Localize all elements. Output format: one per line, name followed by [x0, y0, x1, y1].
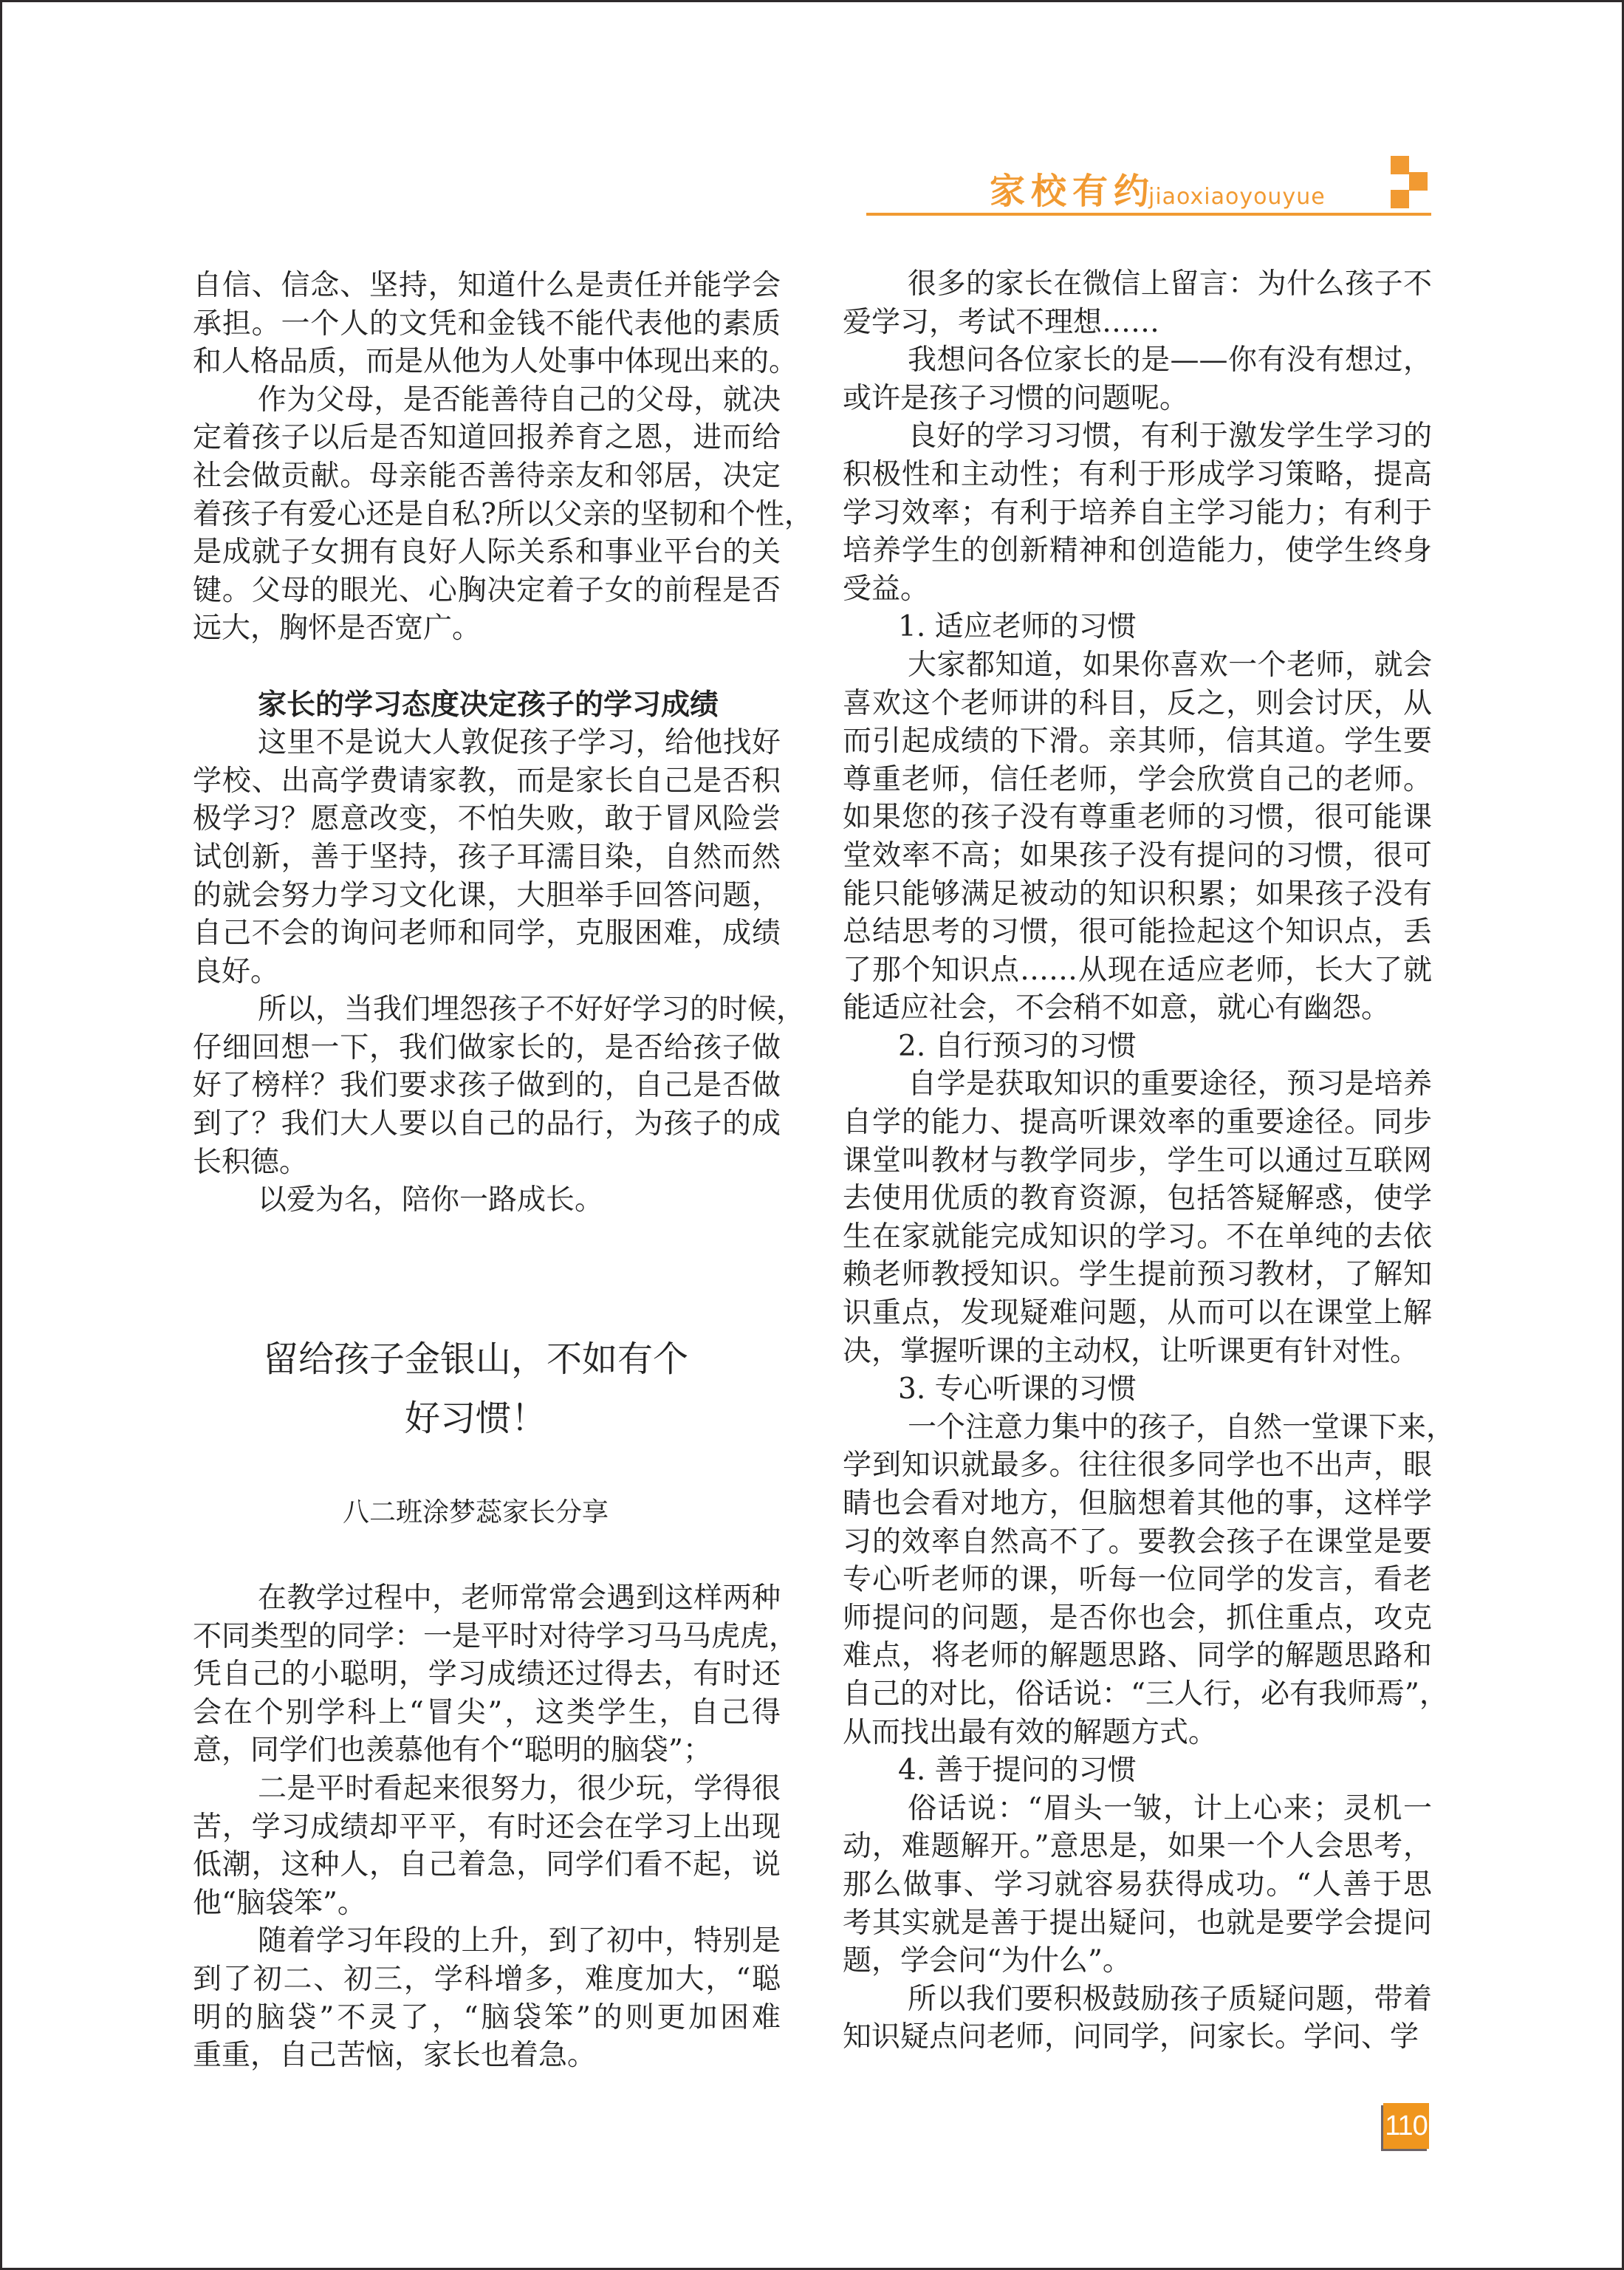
- article-body-left: 在教学过程中，老师常常会遇到这样两种不同类型的同学：一是平时对待学习马马虎虎，凭…: [193, 1579, 781, 2075]
- text-line: 是成就子女拥有良好人际关系和事业平台的关: [193, 533, 781, 572]
- text-line: 大家都知道，如果你喜欢一个老师，就会: [843, 646, 1432, 685]
- text-line: 喜欢这个老师讲的科目，反之，则会讨厌，从: [843, 685, 1432, 723]
- text-line: 2. 自行预习的习惯: [843, 1028, 1432, 1066]
- paragraph: 大家都知道，如果你喜欢一个老师，就会喜欢这个老师讲的科目，反之，则会讨厌，从而引…: [843, 646, 1432, 1028]
- text-line: 以爱为名，陪你一路成长。: [193, 1181, 781, 1220]
- text-line: 决，掌握听课的主动权，让听课更有针对性。: [843, 1333, 1432, 1371]
- text-line: 所以我们要积极鼓励孩子质疑问题，带着: [843, 1980, 1432, 2019]
- text-line: 能只能够满足被动的知识积累；如果孩子没有: [843, 875, 1432, 914]
- text-line: 社会做贡献。母亲能否善待亲友和邻居，决定: [193, 457, 781, 496]
- text-line: 学到知识就最多。往往很多同学也不出声，眼: [843, 1446, 1432, 1485]
- paragraph: 二是平时看起来很努力，很少玩，学得很苦，学习成绩却平平，有时还会在学习上出现低潮…: [193, 1770, 781, 1922]
- text-line: 的就会努力学习文化课，大胆举手回答问题，: [193, 877, 781, 915]
- text-line: 自学是获取知识的重要途径，预习是培养: [843, 1065, 1432, 1104]
- text-line: 生在家就能完成知识的学习。不在单纯的去依: [843, 1218, 1432, 1257]
- text-line: 赖老师教授知识。学生提前预习教材，了解知: [843, 1256, 1432, 1294]
- text-line: 自信、信念、坚持，知道什么是责任并能学会: [193, 267, 781, 305]
- text-line: 重重，自己苦恼，家长也着急。: [193, 2037, 781, 2075]
- text-line: 了那个知识点……从现在适应老师，长大了就: [843, 951, 1432, 990]
- text-line: 尊重老师，信任老师，学会欣赏自己的老师。: [843, 761, 1432, 799]
- paragraph: 一个注意力集中的孩子，自然一堂课下来，学到知识就最多。往往很多同学也不出声，眼睛…: [843, 1409, 1432, 1751]
- text-line: 在教学过程中，老师常常会遇到这样两种: [193, 1579, 781, 1618]
- text-line: 好了榜样？我们要求孩子做到的，自己是否做: [193, 1067, 781, 1105]
- paragraph: 自学是获取知识的重要途径，预习是培养自学的能力、提高听课效率的重要途径。同步课堂…: [843, 1065, 1432, 1370]
- paragraph: 这里不是说大人敦促孩子学习，给他找好学校、出高学费请家教，而是家长自己是否积极学…: [193, 724, 781, 991]
- text-line: 总结思考的习惯，很可能捡起这个知识点，丢: [843, 913, 1432, 951]
- text-line: 和人格品质，而是从他为人处事中体现出来的。: [193, 343, 781, 381]
- text-line: 学校、出高学费请家教，而是家长自己是否积: [193, 762, 781, 801]
- text-line: 他“脑袋笨”。: [193, 1884, 781, 1923]
- text-line: 能适应社会，不会稍不如意，就心有幽怨。: [843, 989, 1432, 1028]
- text-line: 而引起成绩的下滑。亲其师，信其道。学生要: [843, 722, 1432, 761]
- text-line: 那么做事、学习就容易获得成功。“人善于思: [843, 1866, 1432, 1904]
- paragraph: 良好的学习习惯，有利于激发学生学习的积极性和主动性；有利于形成学习策略，提高学习…: [843, 417, 1432, 608]
- text-line: 4. 善于提问的习惯: [843, 1751, 1432, 1790]
- text-line: 学习效率；有利于培养自主学习能力；有利于: [843, 494, 1432, 533]
- magazine-page: 家校有约 jiaoxiaoyouyue 自信、信念、坚持，知道什么是责任并能学会…: [0, 0, 1624, 2270]
- text-line: 所以，当我们埋怨孩子不好好学习的时候，: [193, 991, 781, 1029]
- article-byline: 八二班涂梦蕊家长分享: [193, 1494, 781, 1531]
- text-line: 远大，胸怀是否宽广。: [193, 609, 781, 648]
- paragraph: 作为父母，是否能善待自己的父母，就决定着孩子以后是否知道回报养育之恩，进而给社会…: [193, 381, 781, 648]
- text-line: 低潮，这种人，自己着急，同学们看不起，说: [193, 1846, 781, 1884]
- text-line: 从而找出最有效的解题方式。: [843, 1714, 1432, 1752]
- text-line: 师提问的问题，是否你也会，抓住重点，攻克: [843, 1599, 1432, 1638]
- subheading: 家长的学习态度决定孩子的学习成绩: [193, 648, 781, 724]
- paragraph: 自信、信念、坚持，知道什么是责任并能学会承担。一个人的文凭和金钱不能代表他的素质…: [193, 267, 781, 381]
- text-line: 受益。: [843, 570, 1432, 609]
- text-line: 承担。一个人的文凭和金钱不能代表他的素质: [193, 305, 781, 343]
- text-line: 长积德。: [193, 1143, 781, 1182]
- text-line: 二是平时看起来很努力，很少玩，学得很: [193, 1770, 781, 1808]
- text-line: 这里不是说大人敦促孩子学习，给他找好: [193, 724, 781, 762]
- numbered-heading: 4. 善于提问的习惯: [843, 1751, 1432, 1790]
- text-line: 作为父母，是否能善待自己的父母，就决: [193, 381, 781, 420]
- text-line: 到了？我们大人要以自己的品行，为孩子的成: [193, 1105, 781, 1143]
- text-line: 积极性和主动性；有利于形成学习策略，提高: [843, 456, 1432, 494]
- numbered-heading: 3. 专心听课的习惯: [843, 1370, 1432, 1409]
- text-line: 极学习？愿意改变，不怕失败，敢于冒风险尝: [193, 800, 781, 838]
- square-top-icon: [1391, 156, 1409, 174]
- paragraph: 以爱为名，陪你一路成长。: [193, 1181, 781, 1220]
- paragraph: 俗话说：“眉头一皱，计上心来；灵机一动，难题解开。”意思是，如果一个人会思考，那…: [843, 1790, 1432, 1980]
- square-middle-icon: [1409, 172, 1428, 191]
- text-line: 良好的学习习惯，有利于激发学生学习的: [843, 417, 1432, 456]
- text-line: 动，难题解开。”意思是，如果一个人会思考，: [843, 1828, 1432, 1866]
- text-line: 随着学习年段的上升，到了初中，特别是: [193, 1922, 781, 1960]
- square-bottom-icon: [1391, 190, 1409, 208]
- text-line: 知识疑点问老师，问同学，问家长。学问、学: [843, 2018, 1432, 2057]
- text-line: 定着孩子以后是否知道回报养育之恩，进而给: [193, 419, 781, 457]
- text-line: 课堂叫教材与教学同步，学生可以通过互联网: [843, 1142, 1432, 1180]
- article-body-right: 很多的家长在微信上留言：为什么孩子不爱学习，考试不理想……我想问各位家长的是——…: [843, 265, 1432, 2057]
- page-number-badge: 110: [1383, 2103, 1429, 2149]
- section-title: 家校有约: [990, 169, 1155, 213]
- text-line: 去使用优质的教育资源，包括答疑解惑，使学: [843, 1180, 1432, 1218]
- text-line: 良好。: [193, 953, 781, 991]
- header-divider: [866, 213, 1431, 216]
- text-line: 我想问各位家长的是——你有没有想过，: [843, 341, 1432, 380]
- text-line: 或许是孩子习惯的问题呢。: [843, 380, 1432, 418]
- text-line: 一个注意力集中的孩子，自然一堂课下来，: [843, 1409, 1432, 1447]
- text-line: 睛也会看对地方，但脑想着其他的事，这样学: [843, 1485, 1432, 1523]
- text-line: 题，学会问“为什么”。: [843, 1942, 1432, 1980]
- text-line: 很多的家长在微信上留言：为什么孩子不: [843, 265, 1432, 304]
- text-line: 自己不会的询问老师和同学，克服困难，成绩: [193, 915, 781, 953]
- text-line: 苦，学习成绩却平平，有时还会在学习上出现: [193, 1808, 781, 1847]
- spacer: [193, 648, 781, 686]
- paragraph: 我想问各位家长的是——你有没有想过，或许是孩子习惯的问题呢。: [843, 341, 1432, 417]
- paragraph: 所以，当我们埋怨孩子不好好学习的时候，仔细回想一下，我们做家长的，是否给孩子做好…: [193, 991, 781, 1181]
- text-line: 如果您的孩子没有尊重老师的习惯，很可能课: [843, 799, 1432, 837]
- text-line: 仔细回想一下，我们做家长的，是否给孩子做: [193, 1029, 781, 1067]
- text-line: 自学的能力、提高听课效率的重要途径。同步: [843, 1104, 1432, 1142]
- text-line: 键。父母的眼光、心胸决定着子女的前程是否: [193, 572, 781, 610]
- article-title-line-2: 好习惯！: [193, 1389, 781, 1448]
- text-line: 凭自己的小聪明，学习成绩还过得去，有时还: [193, 1655, 781, 1694]
- text-line: 到了初二、初三，学科增多，难度加大，“聪: [193, 1960, 781, 1999]
- article-title: 留给孩子金银山，不如有个 好习惯！: [193, 1330, 781, 1448]
- left-column-continuation: 自信、信念、坚持，知道什么是责任并能学会承担。一个人的文凭和金钱不能代表他的素质…: [193, 267, 781, 1220]
- text-line: 意，同学们也羡慕他有个“聪明的脑袋”；: [193, 1731, 781, 1770]
- numbered-heading: 1. 适应老师的习惯: [843, 608, 1432, 646]
- text-line: 自己的对比，俗话说：“三人行，必有我师焉”，: [843, 1675, 1432, 1714]
- paragraph: 所以我们要积极鼓励孩子质疑问题，带着知识疑点问老师，问同学，问家长。学问、学: [843, 1980, 1432, 2057]
- paragraph: 很多的家长在微信上留言：为什么孩子不爱学习，考试不理想……: [843, 265, 1432, 341]
- paragraph: 随着学习年段的上升，到了初中，特别是到了初二、初三，学科增多，难度加大，“聪明的…: [193, 1922, 781, 2074]
- text-line: 不同类型的同学：一是平时对待学习马马虎虎，: [193, 1618, 781, 1656]
- text-line: 明的脑袋”不灵了，“脑袋笨”的则更加困难: [193, 1999, 781, 2037]
- text-line: 识重点，发现疑难问题，从而可以在课堂上解: [843, 1294, 1432, 1333]
- text-line: 爱学习，考试不理想……: [843, 304, 1432, 342]
- text-line: 俗话说：“眉头一皱，计上心来；灵机一: [843, 1790, 1432, 1828]
- text-line: 专心听老师的课，听每一位同学的发言，看老: [843, 1561, 1432, 1599]
- numbered-heading: 2. 自行预习的习惯: [843, 1028, 1432, 1066]
- text-line: 1. 适应老师的习惯: [843, 608, 1432, 646]
- text-line: 试创新，善于坚持，孩子耳濡目染，自然而然: [193, 838, 781, 877]
- text-line: 堂效率不高；如果孩子没有提问的习惯，很可: [843, 837, 1432, 875]
- text-line: 培养学生的创新精神和创造能力，使学生终身: [843, 532, 1432, 570]
- article-title-line-1: 留给孩子金银山，不如有个: [193, 1330, 781, 1389]
- text-line: 难点，将老师的解题思路、同学的解题思路和: [843, 1637, 1432, 1675]
- text-line: 考其实就是善于提出疑问，也就是要学会提问: [843, 1904, 1432, 1943]
- text-line: 习的效率自然高不了。要教会孩子在课堂是要: [843, 1523, 1432, 1562]
- section-title-pinyin: jiaoxiaoyouyue: [1148, 182, 1326, 212]
- text-line: 3. 专心听课的习惯: [843, 1370, 1432, 1409]
- text-line: 会在个别学科上“冒尖”，这类学生，自己得: [193, 1694, 781, 1732]
- text-line: 家长的学习态度决定孩子的学习成绩: [193, 686, 781, 725]
- text-line: 着孩子有爱心还是自私?所以父亲的坚韧和个性，: [193, 496, 781, 534]
- paragraph: 在教学过程中，老师常常会遇到这样两种不同类型的同学：一是平时对待学习马马虎虎，凭…: [193, 1579, 781, 1770]
